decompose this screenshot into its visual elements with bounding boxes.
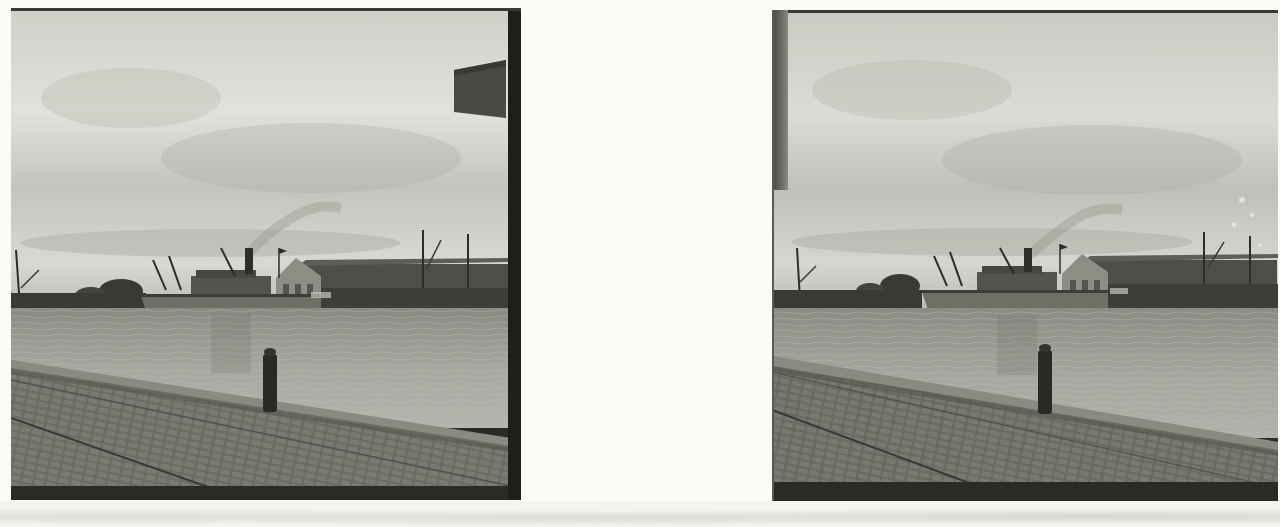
stereo-card — [0, 0, 1280, 527]
bollard — [263, 348, 277, 412]
bollard — [1038, 344, 1052, 414]
right-frame — [772, 10, 1278, 506]
plate-edge-line — [772, 10, 774, 506]
left-frame — [11, 8, 521, 500]
harbor-scene-right — [772, 10, 1278, 506]
plate-edge-strip — [772, 10, 788, 190]
mount-bottom-strip — [0, 501, 1280, 527]
harbor-scene-left — [11, 8, 521, 500]
